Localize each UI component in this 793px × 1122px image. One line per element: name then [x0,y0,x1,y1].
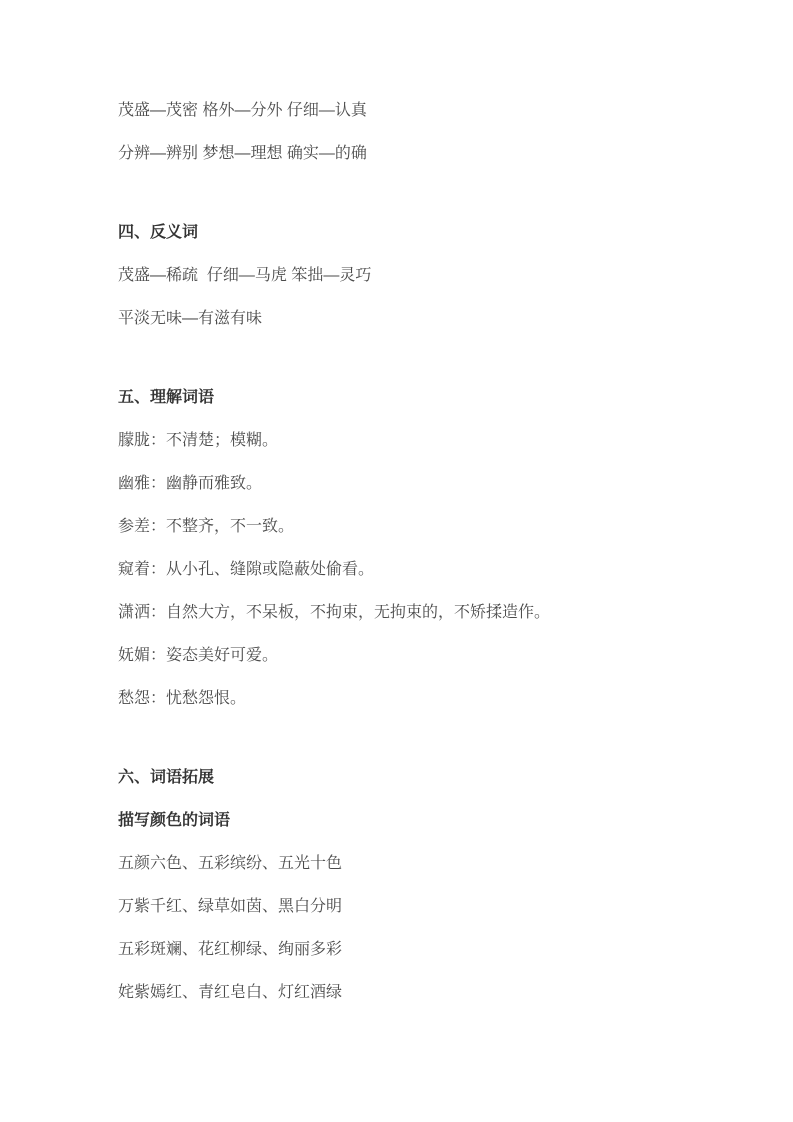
paragraph: 幽雅：幽静而雅致。 [118,476,698,492]
paragraph: 姹紫嫣红、青红皂白、灯红酒绿 [118,985,698,1001]
paragraph: 茂盛—稀疏 仔细—马虎 笨拙—灵巧 [118,268,698,284]
paragraph: 平淡无味—有滋有味 [118,311,698,327]
document-page: 茂盛—茂密 格外—分外 仔细—认真分辨—辨别 梦想—理想 确实—的确四、反义词茂… [0,0,793,1122]
paragraph: 万紫千红、绿草如茵、黑白分明 [118,899,698,915]
paragraph: 窥着：从小孔、缝隙或隐蔽处偷看。 [118,562,698,578]
paragraph: 分辨—辨别 梦想—理想 确实—的确 [118,146,698,162]
section-heading: 四、反义词 [118,225,698,241]
section-heading: 五、理解词语 [118,390,698,406]
paragraph: 五颜六色、五彩缤纷、五光十色 [118,856,698,872]
section-heading: 六、词语拓展 [118,770,698,786]
paragraph: 五彩斑斓、花红柳绿、绚丽多彩 [118,942,698,958]
sub-heading: 描写颜色的词语 [118,813,698,829]
paragraph: 妩媚：姿态美好可爱。 [118,648,698,664]
paragraph: 愁怨：忧愁怨恨。 [118,691,698,707]
paragraph: 茂盛—茂密 格外—分外 仔细—认真 [118,103,698,119]
paragraph: 参差：不整齐，不一致。 [118,519,698,535]
paragraph: 朦胧：不清楚；模糊。 [118,433,698,449]
document-body: 茂盛—茂密 格外—分外 仔细—认真分辨—辨别 梦想—理想 确实—的确四、反义词茂… [118,103,698,1028]
paragraph: 潇洒：自然大方，不呆板，不拘束，无拘束的，不矫揉造作。 [118,605,698,621]
